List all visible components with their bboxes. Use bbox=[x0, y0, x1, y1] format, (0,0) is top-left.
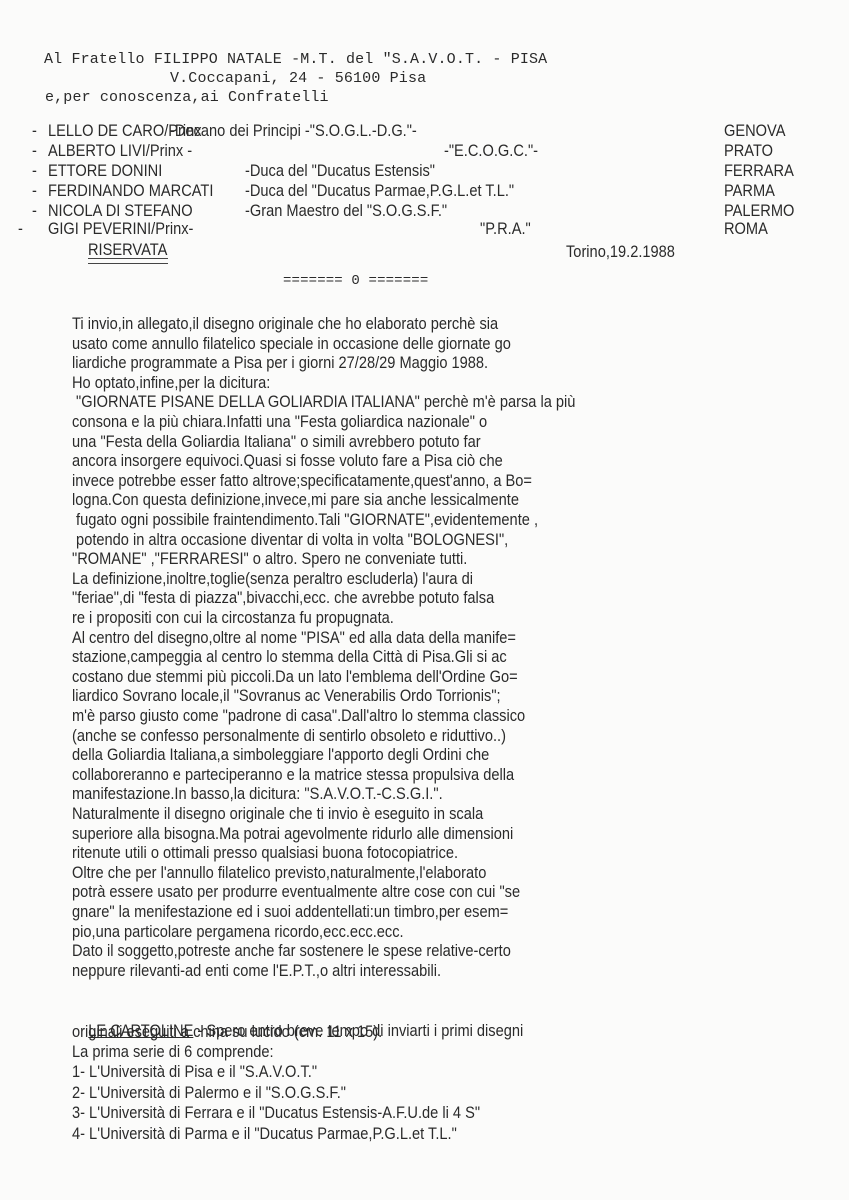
cartoline-line: La prima serie di 6 comprende: bbox=[72, 1042, 274, 1061]
cartoline-item: 2- L'Università di Palermo e il "S.O.G.S… bbox=[72, 1083, 346, 1102]
place-date: Torino,19.2.1988 bbox=[566, 242, 675, 261]
recipient-name: FERDINANDO MARCATI bbox=[48, 181, 213, 200]
recipient-name: ALBERTO LIVI/Prinx - bbox=[48, 141, 192, 160]
body-line: invece potrebbe esser fatto altrove;spec… bbox=[72, 471, 532, 490]
recipient-dash: - bbox=[32, 201, 37, 220]
recipient-city: PALERMO bbox=[724, 201, 794, 220]
body-line: Dato il soggetto,potreste anche far sost… bbox=[72, 941, 511, 960]
recipient-city: PARMA bbox=[724, 181, 775, 200]
recipient-dash: - bbox=[18, 219, 23, 238]
recipient-city: GENOVA bbox=[724, 121, 785, 140]
classification-double-underline bbox=[88, 258, 168, 264]
recipient-dash: - bbox=[32, 161, 37, 180]
recipient-city: ROMA bbox=[724, 219, 768, 238]
cartoline-item: 1- L'Università di Pisa e il "S.A.V.O.T.… bbox=[72, 1062, 317, 1081]
cc-line: e,per conoscenza,ai Confratelli bbox=[45, 88, 329, 107]
body-line: pio,una particolare pergamena ricordo,ec… bbox=[72, 922, 404, 941]
body-line: m'è parso giusto come "padrone di casa".… bbox=[72, 706, 525, 725]
recipient-city: PRATO bbox=[724, 141, 773, 160]
body-line: "ROMANE" ,"FERRARESI" o altro. Spero ne … bbox=[72, 549, 467, 568]
recipient-title: -Decano dei Principi -"S.O.G.L.-D.G."- bbox=[170, 121, 417, 140]
body-line: consona e la più chiara.Infatti una "Fes… bbox=[72, 412, 487, 431]
body-line: liardico Sovrano locale,il "Sovranus ac … bbox=[72, 686, 501, 705]
cartoline-item: 4- L'Università di Parma e il "Ducatus P… bbox=[72, 1124, 457, 1143]
body-line: superiore alla bisogna.Ma potrai agevolm… bbox=[72, 824, 513, 843]
cartoline-item: 3- L'Università di Ferrara e il "Ducatus… bbox=[72, 1103, 480, 1122]
body-line: fugato ogni possibile fraintendimento.Ta… bbox=[72, 510, 538, 529]
recipient-title: -Gran Maestro del "S.O.G.S.F." bbox=[245, 201, 447, 220]
body-line: (anche se confesso personalmente di sent… bbox=[72, 726, 506, 745]
body-line: manifestazione.In basso,la dicitura: "S.… bbox=[72, 784, 443, 803]
body-line: una "Festa della Goliardia Italiana" o s… bbox=[72, 432, 481, 451]
body-line: "feriae",di "festa di piazza",bivacchi,e… bbox=[72, 588, 494, 607]
recipient-name: GIGI PEVERINI/Prinx- bbox=[48, 219, 193, 238]
body-line: gnare" la menifestazione ed i suoi adden… bbox=[72, 902, 508, 921]
typewritten-letter-page: Al Fratello FILIPPO NATALE -M.T. del "S.… bbox=[0, 0, 849, 1200]
recipient-name: ETTORE DONINI bbox=[48, 161, 162, 180]
recipient-title: -Duca del "Ducatus Estensis" bbox=[245, 161, 435, 180]
body-line: collaboreranno e parteciperanno e la mat… bbox=[72, 765, 514, 784]
body-line: Al centro del disegno,oltre al nome "PIS… bbox=[72, 628, 516, 647]
body-line: La definizione,inoltre,toglie(senza pera… bbox=[72, 569, 473, 588]
body-line: Oltre che per l'annullo filatelico previ… bbox=[72, 863, 486, 882]
recipient-title: -"E.C.O.G.C."- bbox=[444, 141, 538, 160]
body-line: logna.Con questa definizione,invece,mi p… bbox=[72, 490, 519, 509]
body-line: costano due stemmi più piccoli.Da un lat… bbox=[72, 667, 518, 686]
body-line: della Goliardia Italiana,a simboleggiare… bbox=[72, 745, 489, 764]
recipient-dash: - bbox=[32, 181, 37, 200]
section-separator: ======= 0 ======= bbox=[283, 272, 428, 291]
body-line: ritenute utili o ottimali presso qualsia… bbox=[72, 843, 458, 862]
recipient-title: "P.R.A." bbox=[480, 219, 531, 238]
classification-label: RISERVATA bbox=[88, 240, 167, 259]
body-line: Ho optato,infine,per la dicitura: bbox=[72, 373, 270, 392]
body-line: stazione,campeggia al centro lo stemma d… bbox=[72, 647, 507, 666]
body-line: Ti invio,in allegato,il disegno original… bbox=[72, 314, 498, 333]
body-line: potendo in altra occasione diventar di v… bbox=[72, 530, 508, 549]
body-line: neppure rilevanti-ad enti come l'E.P.T.,… bbox=[72, 961, 441, 980]
recipient-dash: - bbox=[32, 141, 37, 160]
body-line: ancora insorgere equivoci.Quasi si fosse… bbox=[72, 451, 503, 470]
body-line: "GIORNATE PISANE DELLA GOLIARDIA ITALIAN… bbox=[72, 392, 575, 411]
body-line: re i propositi con cui la circostanza fu… bbox=[72, 608, 394, 627]
body-line: Naturalmente il disegno originale che ti… bbox=[72, 804, 483, 823]
body-line: usato come annullo filatelico speciale i… bbox=[72, 334, 511, 353]
recipient-name: NICOLA DI STEFANO bbox=[48, 201, 193, 220]
recipient-city: FERRARA bbox=[724, 161, 794, 180]
body-line: potrà essere usato per produrre eventual… bbox=[72, 882, 520, 901]
recipient-dash: - bbox=[32, 121, 37, 140]
addressee-address: V.Coccapani, 24 - 56100 Pisa bbox=[170, 69, 426, 88]
body-line: liardiche programmate a Pisa per i giorn… bbox=[72, 353, 488, 372]
addressee-line: Al Fratello FILIPPO NATALE -M.T. del "S.… bbox=[44, 50, 547, 69]
recipient-title: -Duca del "Ducatus Parmae,P.G.L.et T.L." bbox=[245, 181, 514, 200]
cartoline-line: originali eseguiti a china su lucido (cm… bbox=[72, 1022, 382, 1041]
